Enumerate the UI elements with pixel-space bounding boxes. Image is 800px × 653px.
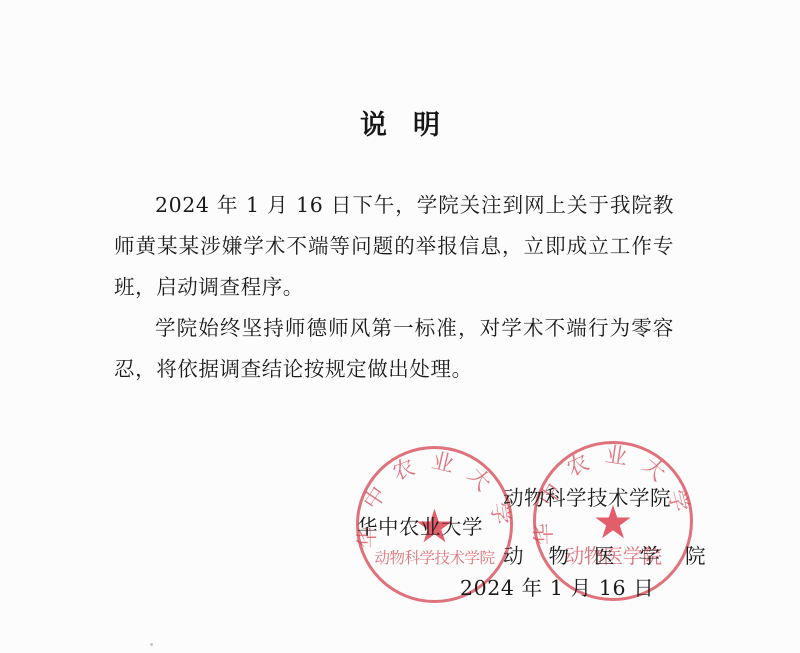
signature-university: 华中农业大学	[357, 510, 483, 540]
paragraph-2: 学院始终坚持师德师风第一标准，对学术不端行为零容忍，将依据调查结论按规定做出处理…	[114, 308, 674, 390]
document-page: 说明 2024 年 1 月 16 日下午，学院关注到网上关于我院教师黄某某涉嫌学…	[0, 0, 800, 653]
scan-speck	[150, 643, 153, 646]
paragraph-1: 2024 年 1 月 16 日下午，学院关注到网上关于我院教师黄某某涉嫌学术不端…	[114, 185, 674, 308]
signature-college-animal-science: 动物科学技术学院	[503, 481, 671, 511]
signature-date: 2024 年 1 月 16 日	[460, 571, 654, 601]
seal-bottom-text: 动物科学技术学院	[359, 546, 510, 568]
signature-college-veterinary: 动物医学院	[503, 539, 731, 569]
document-title: 说明	[0, 103, 800, 142]
